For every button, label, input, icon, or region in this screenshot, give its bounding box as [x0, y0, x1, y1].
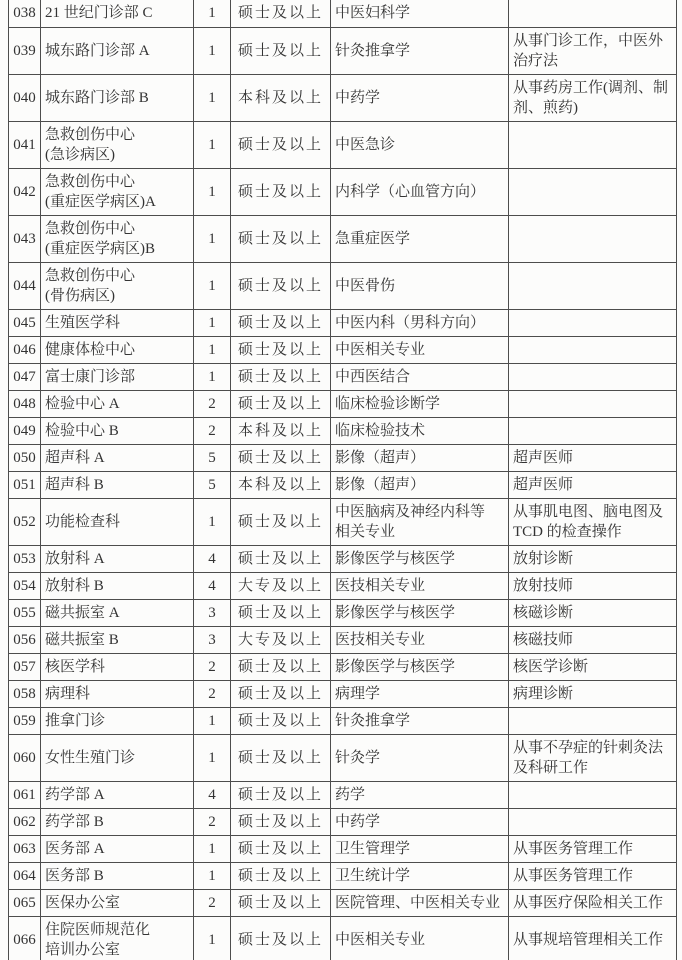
cell-headcount: 1: [194, 336, 231, 363]
cell-department: 超声科 B: [41, 471, 194, 498]
cell-department: 住院医师规范化 培训办公室: [41, 916, 194, 960]
cell-remark: [509, 309, 677, 336]
table-row: 039 城东路门诊部 A 1 硕士及以上 针灸推拿学 从事门诊工作，中医外 治疗…: [9, 27, 677, 74]
cell-headcount: 1: [194, 74, 231, 121]
cell-department: 药学部 A: [41, 781, 194, 808]
cell-remark: 超声医师: [509, 444, 677, 471]
cell-remark: [509, 168, 677, 215]
cell-major: 中医内科（男科方向）: [331, 309, 509, 336]
cell-remark: [509, 781, 677, 808]
table-row: 040 城东路门诊部 B 1 本科及以上 中药学 从事药房工作(调剂、制 剂、煎…: [9, 74, 677, 121]
cell-position-code: 053: [9, 545, 41, 572]
cell-position-code: 051: [9, 471, 41, 498]
cell-education: 硕士及以上: [231, 0, 331, 27]
cell-position-code: 066: [9, 916, 41, 960]
cell-position-code: 048: [9, 390, 41, 417]
table-row: 041 急救创伤中心 (急诊病区) 1 硕士及以上 中医急诊: [9, 121, 677, 168]
cell-education: 硕士及以上: [231, 599, 331, 626]
cell-education: 硕士及以上: [231, 390, 331, 417]
cell-major: 中西医结合: [331, 363, 509, 390]
cell-education: 硕士及以上: [231, 707, 331, 734]
cell-headcount: 1: [194, 27, 231, 74]
cell-education: 硕士及以上: [231, 835, 331, 862]
cell-education: 硕士及以上: [231, 444, 331, 471]
table-row: 065 医保办公室 2 硕士及以上 医院管理、中医相关专业 从事医疗保险相关工作: [9, 889, 677, 916]
cell-remark: 从事规培管理相关工作: [509, 916, 677, 960]
cell-headcount: 2: [194, 680, 231, 707]
cell-remark: [509, 707, 677, 734]
cell-department: 急救创伤中心 (重症医学病区)B: [41, 215, 194, 262]
cell-position-code: 046: [9, 336, 41, 363]
cell-position-code: 052: [9, 498, 41, 545]
cell-major: 医技相关专业: [331, 572, 509, 599]
cell-position-code: 055: [9, 599, 41, 626]
cell-headcount: 1: [194, 835, 231, 862]
cell-position-code: 059: [9, 707, 41, 734]
table-row: 060 女性生殖门诊 1 硕士及以上 针灸学 从事不孕症的针刺灸法 及科研工作: [9, 734, 677, 781]
cell-position-code: 057: [9, 653, 41, 680]
cell-headcount: 1: [194, 309, 231, 336]
cell-remark: [509, 121, 677, 168]
cell-position-code: 061: [9, 781, 41, 808]
cell-major: 中医相关专业: [331, 336, 509, 363]
cell-headcount: 1: [194, 0, 231, 27]
cell-remark: 从事医务管理工作: [509, 835, 677, 862]
cell-department: 核医学科: [41, 653, 194, 680]
cell-remark: 核磁诊断: [509, 599, 677, 626]
cell-department: 城东路门诊部 A: [41, 27, 194, 74]
cell-major: 医院管理、中医相关专业: [331, 889, 509, 916]
cell-headcount: 1: [194, 262, 231, 309]
cell-education: 硕士及以上: [231, 363, 331, 390]
table-row: 043 急救创伤中心 (重症医学病区)B 1 硕士及以上 急重症医学: [9, 215, 677, 262]
cell-major: 中药学: [331, 808, 509, 835]
cell-major: 针灸推拿学: [331, 27, 509, 74]
cell-department: 推拿门诊: [41, 707, 194, 734]
cell-major: 中医脑病及神经内科等 相关专业: [331, 498, 509, 545]
cell-major: 针灸学: [331, 734, 509, 781]
cell-headcount: 4: [194, 545, 231, 572]
cell-major: 影像（超声）: [331, 444, 509, 471]
cell-remark: 核医学诊断: [509, 653, 677, 680]
table-row: 042 急救创伤中心 (重症医学病区)A 1 硕士及以上 内科学（心血管方向）: [9, 168, 677, 215]
document-page: 038 21 世纪门诊部 C 1 硕士及以上 中医妇科学 039 城东路门诊部 …: [0, 0, 682, 960]
cell-headcount: 5: [194, 471, 231, 498]
cell-department: 女性生殖门诊: [41, 734, 194, 781]
cell-remark: 从事医务管理工作: [509, 862, 677, 889]
cell-education: 硕士及以上: [231, 734, 331, 781]
cell-department: 21 世纪门诊部 C: [41, 0, 194, 27]
cell-headcount: 1: [194, 862, 231, 889]
cell-position-code: 039: [9, 27, 41, 74]
cell-education: 硕士及以上: [231, 309, 331, 336]
table-row: 063 医务部 A 1 硕士及以上 卫生管理学 从事医务管理工作: [9, 835, 677, 862]
cell-department: 富士康门诊部: [41, 363, 194, 390]
table-row: 054 放射科 B 4 大专及以上 医技相关专业 放射技师: [9, 572, 677, 599]
cell-major: 影像医学与核医学: [331, 599, 509, 626]
cell-remark: [509, 808, 677, 835]
table-row: 045 生殖医学科 1 硕士及以上 中医内科（男科方向）: [9, 309, 677, 336]
table-row: 053 放射科 A 4 硕士及以上 影像医学与核医学 放射诊断: [9, 545, 677, 572]
cell-headcount: 1: [194, 734, 231, 781]
cell-remark: [509, 262, 677, 309]
cell-department: 检验中心 A: [41, 390, 194, 417]
cell-remark: [509, 0, 677, 27]
cell-department: 放射科 A: [41, 545, 194, 572]
cell-department: 磁共振室 A: [41, 599, 194, 626]
cell-headcount: 2: [194, 417, 231, 444]
cell-position-code: 058: [9, 680, 41, 707]
cell-headcount: 1: [194, 121, 231, 168]
cell-department: 病理科: [41, 680, 194, 707]
cell-department: 城东路门诊部 B: [41, 74, 194, 121]
cell-position-code: 038: [9, 0, 41, 27]
table-row: 051 超声科 B 5 本科及以上 影像（超声） 超声医师: [9, 471, 677, 498]
cell-major: 中药学: [331, 74, 509, 121]
cell-headcount: 1: [194, 707, 231, 734]
cell-major: 卫生管理学: [331, 835, 509, 862]
cell-remark: 从事药房工作(调剂、制 剂、煎药): [509, 74, 677, 121]
cell-major: 针灸推拿学: [331, 707, 509, 734]
cell-education: 硕士及以上: [231, 781, 331, 808]
cell-position-code: 054: [9, 572, 41, 599]
table-row: 057 核医学科 2 硕士及以上 影像医学与核医学 核医学诊断: [9, 653, 677, 680]
cell-education: 硕士及以上: [231, 653, 331, 680]
table-row: 044 急救创伤中心 (骨伤病区) 1 硕士及以上 中医骨伤: [9, 262, 677, 309]
table-row: 062 药学部 B 2 硕士及以上 中药学: [9, 808, 677, 835]
cell-remark: 放射诊断: [509, 545, 677, 572]
cell-remark: 从事肌电图、脑电图及 TCD 的检查操作: [509, 498, 677, 545]
cell-department: 医务部 B: [41, 862, 194, 889]
cell-major: 中医妇科学: [331, 0, 509, 27]
cell-headcount: 2: [194, 390, 231, 417]
cell-remark: [509, 363, 677, 390]
cell-major: 中医急诊: [331, 121, 509, 168]
cell-education: 硕士及以上: [231, 916, 331, 960]
cell-education: 大专及以上: [231, 572, 331, 599]
cell-position-code: 063: [9, 835, 41, 862]
table-row: 055 磁共振室 A 3 硕士及以上 影像医学与核医学 核磁诊断: [9, 599, 677, 626]
table-row: 066 住院医师规范化 培训办公室 1 硕士及以上 中医相关专业 从事规培管理相…: [9, 916, 677, 960]
cell-headcount: 2: [194, 889, 231, 916]
cell-department: 急救创伤中心 (骨伤病区): [41, 262, 194, 309]
cell-position-code: 050: [9, 444, 41, 471]
cell-position-code: 047: [9, 363, 41, 390]
cell-major: 中医骨伤: [331, 262, 509, 309]
cell-remark: [509, 336, 677, 363]
cell-major: 卫生统计学: [331, 862, 509, 889]
cell-headcount: 4: [194, 781, 231, 808]
cell-education: 硕士及以上: [231, 862, 331, 889]
cell-remark: 放射技师: [509, 572, 677, 599]
cell-department: 生殖医学科: [41, 309, 194, 336]
cell-department: 检验中心 B: [41, 417, 194, 444]
cell-major: 急重症医学: [331, 215, 509, 262]
table-row: 046 健康体检中心 1 硕士及以上 中医相关专业: [9, 336, 677, 363]
cell-education: 大专及以上: [231, 626, 331, 653]
cell-position-code: 064: [9, 862, 41, 889]
cell-remark: 从事医疗保险相关工作: [509, 889, 677, 916]
cell-position-code: 043: [9, 215, 41, 262]
cell-headcount: 5: [194, 444, 231, 471]
cell-education: 硕士及以上: [231, 215, 331, 262]
cell-major: 医技相关专业: [331, 626, 509, 653]
cell-education: 硕士及以上: [231, 808, 331, 835]
cell-department: 功能检查科: [41, 498, 194, 545]
recruitment-table: 038 21 世纪门诊部 C 1 硕士及以上 中医妇科学 039 城东路门诊部 …: [8, 0, 677, 960]
cell-department: 超声科 A: [41, 444, 194, 471]
table-row: 064 医务部 B 1 硕士及以上 卫生统计学 从事医务管理工作: [9, 862, 677, 889]
cell-remark: 从事不孕症的针刺灸法 及科研工作: [509, 734, 677, 781]
cell-major: 药学: [331, 781, 509, 808]
cell-position-code: 042: [9, 168, 41, 215]
cell-education: 本科及以上: [231, 74, 331, 121]
cell-headcount: 1: [194, 363, 231, 390]
cell-position-code: 049: [9, 417, 41, 444]
cell-position-code: 062: [9, 808, 41, 835]
cell-education: 硕士及以上: [231, 498, 331, 545]
cell-major: 临床检验技术: [331, 417, 509, 444]
cell-department: 磁共振室 B: [41, 626, 194, 653]
cell-headcount: 1: [194, 215, 231, 262]
cell-headcount: 1: [194, 916, 231, 960]
cell-remark: [509, 215, 677, 262]
cell-position-code: 056: [9, 626, 41, 653]
cell-education: 硕士及以上: [231, 680, 331, 707]
cell-remark: 核磁技师: [509, 626, 677, 653]
table-row: 049 检验中心 B 2 本科及以上 临床检验技术: [9, 417, 677, 444]
cell-education: 硕士及以上: [231, 121, 331, 168]
cell-headcount: 4: [194, 572, 231, 599]
cell-headcount: 2: [194, 653, 231, 680]
cell-education: 硕士及以上: [231, 262, 331, 309]
table-row: 059 推拿门诊 1 硕士及以上 针灸推拿学: [9, 707, 677, 734]
recruitment-table-body: 038 21 世纪门诊部 C 1 硕士及以上 中医妇科学 039 城东路门诊部 …: [9, 0, 677, 960]
cell-department: 健康体检中心: [41, 336, 194, 363]
cell-position-code: 060: [9, 734, 41, 781]
cell-remark: 从事门诊工作，中医外 治疗法: [509, 27, 677, 74]
cell-position-code: 065: [9, 889, 41, 916]
cell-department: 急救创伤中心 (急诊病区): [41, 121, 194, 168]
cell-department: 医务部 A: [41, 835, 194, 862]
cell-major: 临床检验诊断学: [331, 390, 509, 417]
table-row: 048 检验中心 A 2 硕士及以上 临床检验诊断学: [9, 390, 677, 417]
cell-department: 医保办公室: [41, 889, 194, 916]
cell-headcount: 3: [194, 626, 231, 653]
cell-major: 病理学: [331, 680, 509, 707]
cell-major: 中医相关专业: [331, 916, 509, 960]
table-row: 047 富士康门诊部 1 硕士及以上 中西医结合: [9, 363, 677, 390]
table-row: 061 药学部 A 4 硕士及以上 药学: [9, 781, 677, 808]
table-row: 038 21 世纪门诊部 C 1 硕士及以上 中医妇科学: [9, 0, 677, 27]
cell-position-code: 041: [9, 121, 41, 168]
cell-education: 本科及以上: [231, 471, 331, 498]
cell-department: 急救创伤中心 (重症医学病区)A: [41, 168, 194, 215]
cell-education: 硕士及以上: [231, 27, 331, 74]
cell-major: 内科学（心血管方向）: [331, 168, 509, 215]
cell-headcount: 1: [194, 168, 231, 215]
cell-education: 本科及以上: [231, 417, 331, 444]
cell-remark: 超声医师: [509, 471, 677, 498]
table-row: 058 病理科 2 硕士及以上 病理学 病理诊断: [9, 680, 677, 707]
cell-remark: [509, 390, 677, 417]
table-row: 050 超声科 A 5 硕士及以上 影像（超声） 超声医师: [9, 444, 677, 471]
cell-education: 硕士及以上: [231, 336, 331, 363]
cell-position-code: 044: [9, 262, 41, 309]
cell-remark: [509, 417, 677, 444]
cell-major: 影像医学与核医学: [331, 653, 509, 680]
cell-department: 放射科 B: [41, 572, 194, 599]
cell-remark: 病理诊断: [509, 680, 677, 707]
table-row: 052 功能检查科 1 硕士及以上 中医脑病及神经内科等 相关专业 从事肌电图、…: [9, 498, 677, 545]
cell-major: 影像医学与核医学: [331, 545, 509, 572]
cell-department: 药学部 B: [41, 808, 194, 835]
cell-position-code: 045: [9, 309, 41, 336]
cell-headcount: 2: [194, 808, 231, 835]
cell-major: 影像（超声）: [331, 471, 509, 498]
cell-headcount: 3: [194, 599, 231, 626]
cell-education: 硕士及以上: [231, 545, 331, 572]
cell-education: 硕士及以上: [231, 889, 331, 916]
cell-position-code: 040: [9, 74, 41, 121]
table-row: 056 磁共振室 B 3 大专及以上 医技相关专业 核磁技师: [9, 626, 677, 653]
cell-education: 硕士及以上: [231, 168, 331, 215]
cell-headcount: 1: [194, 498, 231, 545]
